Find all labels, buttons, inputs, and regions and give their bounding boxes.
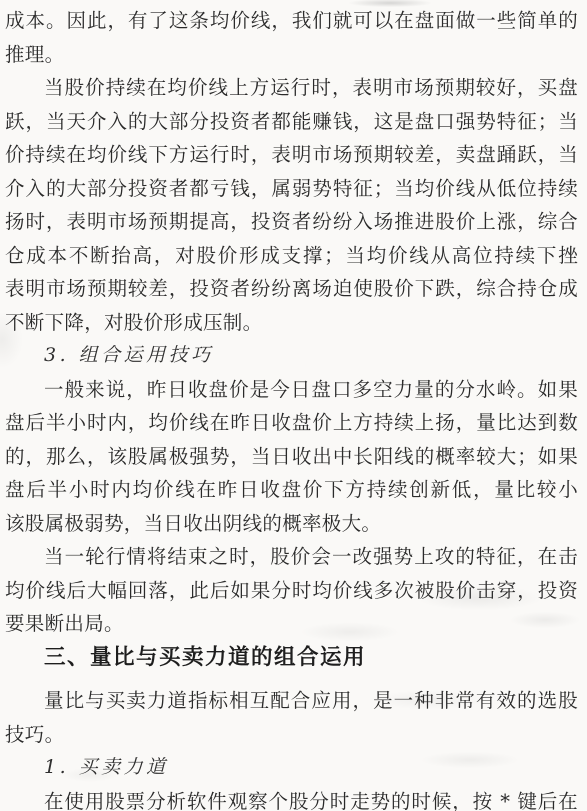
- body-text-line: 该股属极弱势，当日收出阴线的概率极大。: [5, 507, 578, 541]
- body-text-line: 表明市场预期较差，投资者纷纷离场迫使股价下跌，综合持仓成本: [5, 272, 578, 306]
- body-text-line: 的，那么，该股属极强势，当日收出中长阳线的概率较大；如果开: [5, 440, 578, 474]
- body-text-line: 价持续在均价线下方运行时，表明市场预期较差，卖盘踊跃，当天: [5, 138, 578, 172]
- body-text-line: 当股价持续在均价线上方运行时，表明市场预期较好，买盘踊: [5, 71, 578, 105]
- body-text-line: 盘后半小时内均价线在昨日收盘价下方持续创新低，量比较小的，: [5, 473, 578, 507]
- body-text-line: 当一轮行情将结束之时，股价会一改强势上攻的特征，在击穿: [5, 540, 578, 574]
- body-text-line: 不断下降，对股价形成压制。: [5, 306, 578, 340]
- body-text-line: 技巧。: [5, 718, 578, 752]
- body-text-line: 一般来说，昨日收盘价是今日盘口多空力量的分水岭。如果开: [5, 373, 578, 407]
- body-text-line: 量比与买卖力道指标相互配合应用，是一种非常有效的选股: [5, 684, 578, 718]
- body-text-line: 推理。: [5, 38, 578, 72]
- body-text-line: 在使用股票分析软件观察个股分时走势的时候，按 * 键后在分: [5, 785, 578, 811]
- subsection-heading: 3. 组合运用技巧: [5, 339, 578, 373]
- book-page: 成本。因此，有了这条均价线，我们就可以在盘面做一些简单的推理。当股价持续在均价线…: [0, 0, 587, 811]
- body-text-line: 盘后半小时内，均价线在昨日收盘价上方持续上扬，量比达到数倍: [5, 406, 578, 440]
- body-text-line: 介入的大部分投资者都亏钱，属弱势特征；当均价线从低位持续上: [5, 172, 578, 206]
- subsection-heading: 1. 买卖力道: [5, 751, 578, 785]
- body-text-line: 扬时，表明市场预期提高，投资者纷纷入场推进股价上涨，综合持: [5, 205, 578, 239]
- section-heading: 三、量比与买卖力道的组合运用: [5, 641, 578, 675]
- body-text-line: 成本。因此，有了这条均价线，我们就可以在盘面做一些简单的: [5, 4, 578, 38]
- body-text-line: 跃，当天介入的大部分投资者都能赚钱，这是盘口强势特征；当股: [5, 105, 578, 139]
- body-text-line: 仓成本不断抬高，对股价形成支撑；当均价线从高位持续下挫时，: [5, 239, 578, 273]
- page-text: 成本。因此，有了这条均价线，我们就可以在盘面做一些简单的推理。当股价持续在均价线…: [5, 4, 578, 811]
- body-text-line: 要果断出局。: [5, 607, 578, 641]
- body-text-line: 均价线后大幅回落，此后如果分时均价线多次被股价击穿，投资者: [5, 574, 578, 608]
